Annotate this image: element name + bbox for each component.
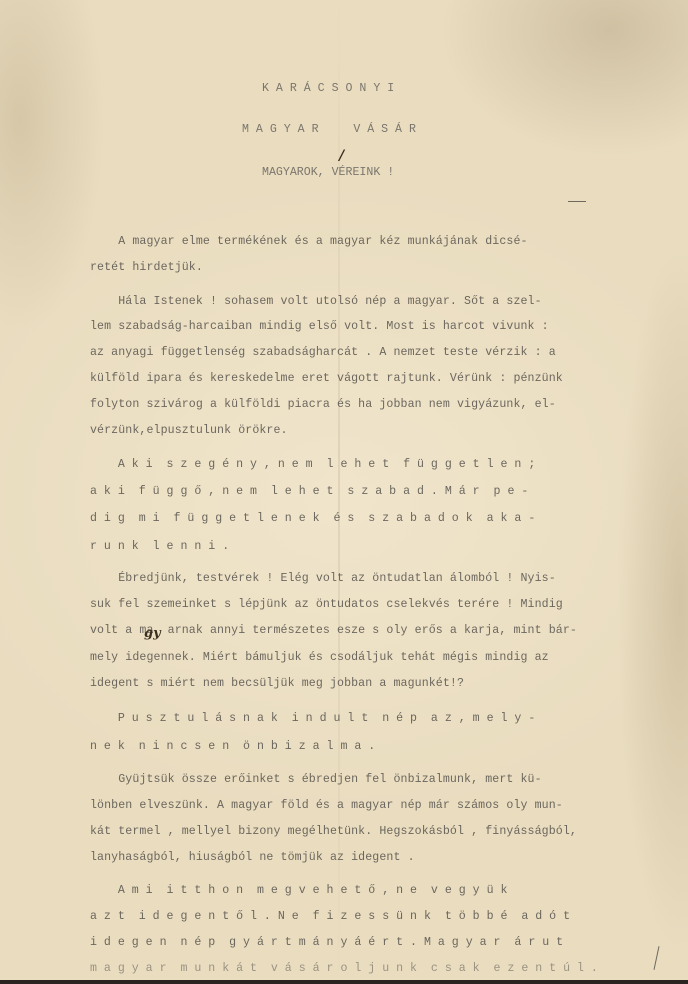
- paragraph-ebredjunk-line-2: suk fel szemeinket s lépjünk az öntudato…: [90, 598, 563, 611]
- paragraph-ami-line-3: i d e g e n n é p g y á r t m á n y á é …: [90, 936, 563, 949]
- scanned-page: K A R Á C S O N Y I M A G Y A R V Á S Á …: [0, 0, 688, 984]
- title-line-1: K A R Á C S O N Y I: [262, 82, 394, 95]
- paragraph-hala-line-2: lem szabadság-harcaiban mindig első volt…: [90, 320, 549, 333]
- paragraph-ebredjunk-line-1: Ébredjünk, testvérek ! Elég volt az öntu…: [90, 572, 556, 585]
- paragraph-aki-line-2: a k i f ü g g ő , n e m l e h e t s z a …: [90, 485, 528, 498]
- paragraph-pusztulasnak-line-1: P u s z t u l á s n a k i n d u l t n é …: [90, 712, 535, 725]
- title-line-2: M A G Y A R V Á S Á R: [242, 123, 416, 136]
- handwritten-gy-insert: gy: [144, 626, 161, 641]
- paragraph-ami-line-4: m a g y a r m u n k á t v á s á r o l j …: [90, 962, 598, 975]
- paragraph-hala-line-4: külföld ipara és kereskedelme eret vágot…: [90, 372, 563, 385]
- paragraph-aki-line-3: d i g m i f ü g g e t l e n e k é s s z …: [90, 512, 535, 525]
- paragraph-intro-line-1: A magyar elme termékének és a magyar kéz…: [90, 235, 528, 248]
- paragraph-aki-line-1: A k i s z e g é n y , n e m l e h e t f …: [90, 458, 535, 471]
- paragraph-gyujtsuk-line-4: lanyhaságból, hiuságból ne tömjük az ide…: [90, 851, 415, 864]
- paragraph-ebredjunk-line-4: mely idegennek. Miért bámuljuk és csodál…: [90, 651, 549, 664]
- paragraph-hala-line-6: vérzünk,elpusztulunk örökre.: [90, 424, 288, 437]
- paragraph-aki-line-4: r u n k l e n n i .: [90, 540, 229, 553]
- pencil-mark: [568, 201, 586, 202]
- paragraph-hala-line-1: Hála Istenek ! sohasem volt utolsó nép a…: [90, 295, 542, 308]
- paragraph-pusztulasnak-line-2: n e k n i n c s e n ö n b i z a l m a .: [90, 740, 375, 753]
- handwritten-comma-mark: /: [339, 148, 344, 164]
- paragraph-hala-line-3: az anyagi függetlenség szabadságharcát .…: [90, 346, 556, 359]
- paragraph-ebredjunk-line-3: volt a ma arnak annyi természetes esze s…: [90, 624, 577, 637]
- title-line-3: MAGYAROK, VÉREINK !: [262, 166, 394, 179]
- paragraph-gyujtsuk-line-2: lönben elveszünk. A magyar föld és a mag…: [90, 799, 563, 812]
- paragraph-ami-line-1: A m i i t t h o n m e g v e h e t ő , n …: [90, 884, 507, 897]
- paragraph-hala-line-5: folyton szivárog a külföldi piacra és ha…: [90, 398, 556, 411]
- paragraph-ami-line-2: a z t i d e g e n t ő l . N e f i z e s …: [90, 910, 570, 923]
- scan-bottom-edge: [0, 980, 688, 984]
- paragraph-intro-line-2: retét hirdetjük.: [90, 261, 203, 274]
- paragraph-ebredjunk-line-5: idegent s miért nem becsüljük meg jobban…: [90, 677, 464, 690]
- paragraph-gyujtsuk-line-3: kát termel , mellyel bizony megélhetünk.…: [90, 825, 577, 838]
- pencil-mark-bottom: [654, 946, 660, 970]
- paragraph-gyujtsuk-line-1: Gyüjtsük össze erőinket s ébredjen fel ö…: [90, 773, 542, 786]
